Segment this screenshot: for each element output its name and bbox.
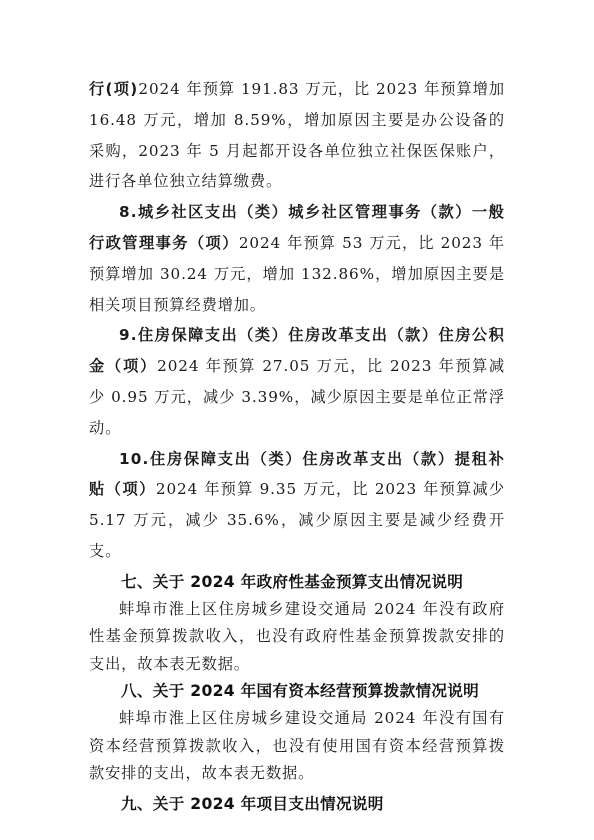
item-text: 2024 年预算 191.83 万元，比 2023 年预算增加 16.48 万元…	[89, 80, 505, 190]
budget-item-paragraph: 10.住房保障支出（类）住房改革支出（款）提租补贴（项）2024 年预算 9.3…	[89, 444, 505, 567]
budget-item-paragraph: 行(项)2024 年预算 191.83 万元，比 2023 年预算增加 16.4…	[89, 74, 505, 197]
budget-item-paragraph: 8.城乡社区支出（类）城乡社区管理事务（款）一般行政管理事务（项）2024 年预…	[89, 197, 505, 320]
section-paragraph: 蚌埠市淮上区住房城乡建设交通局 2024 年没有政府性基金预算拨款收入，也没有政…	[89, 596, 505, 679]
section-heading: 八、关于 2024 年国有资本经营预算拨款情况说明	[89, 678, 505, 705]
section-heading: 七、关于 2024 年政府性基金预算支出情况说明	[89, 569, 505, 596]
section-paragraph: 蚌埠市淮上区住房城乡建设交通局 2024 年没有国有资本经营预算拨款收入，也没有…	[89, 705, 505, 788]
document-body: 行(项)2024 年预算 191.83 万元，比 2023 年预算增加 16.4…	[89, 74, 505, 818]
section-heading: 九、关于 2024 年项目支出情况说明	[89, 791, 505, 818]
item-title: 行(项)	[89, 80, 138, 98]
budget-item-paragraph: 9.住房保障支出（类）住房改革支出（款）住房公积金（项）2024 年预算 27.…	[89, 320, 505, 443]
document-page: 行(项)2024 年预算 191.83 万元，比 2023 年预算增加 16.4…	[0, 0, 594, 840]
